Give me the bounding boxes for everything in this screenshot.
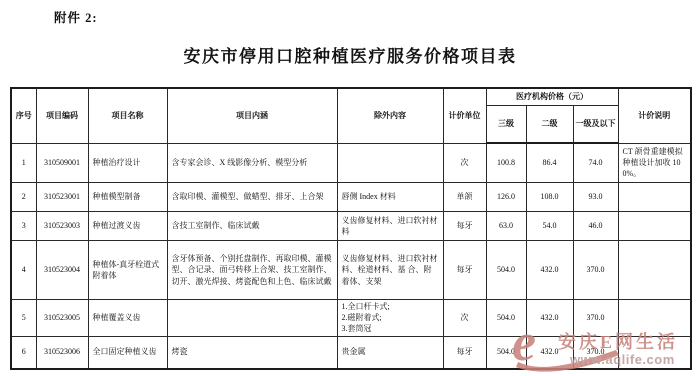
cell-seq: 3 — [11, 212, 36, 241]
cell-price-tier2: 108.0 — [526, 183, 573, 212]
cell-price-tier2: 432.0 — [526, 336, 573, 369]
col-header-unit: 计价单位 — [443, 88, 486, 143]
cell-price-tier3: 100.8 — [486, 143, 526, 183]
cell-price-tier3: 504.0 — [486, 336, 526, 369]
cell-code: 310509001 — [36, 143, 88, 183]
document-page: 附件 2: 安庆市停用口腔种植医疗服务价格项目表 序号 项目编码 项目名称 项目… — [0, 0, 700, 376]
cell-content: 含取印模、灌模型、做蜡型、排牙、上合架 — [167, 183, 337, 212]
cell-note: CT 颌骨重建模拟种植设计加收 100%。 — [618, 143, 691, 183]
cell-name: 种植模型制备 — [88, 183, 167, 212]
cell-price-tier2: 86.4 — [526, 143, 573, 183]
cell-exclusion — [337, 143, 443, 183]
cell-name: 种植过渡义齿 — [88, 212, 167, 241]
cell-price-tier3: 504.0 — [486, 241, 526, 300]
cell-unit: 每牙 — [443, 212, 486, 241]
cell-price-tier1: 74.0 — [573, 143, 618, 183]
cell-note — [618, 212, 691, 241]
cell-unit: 每牙 — [443, 336, 486, 369]
cell-price-tier2: 432.0 — [526, 241, 573, 300]
cell-code: 310523006 — [36, 336, 88, 369]
table-row: 6 310523006 全口固定种植义齿 烤瓷 贵金属 每牙 504.0 432… — [11, 336, 691, 369]
table-row: 3 310523003 种植过渡义齿 含技工室制作、临床试戴 义齿修复材料、进口… — [11, 212, 691, 241]
cell-note — [618, 300, 691, 337]
cell-price-tier1: 93.0 — [573, 183, 618, 212]
cell-note — [618, 241, 691, 300]
cell-price-tier1: 370.0 — [573, 336, 618, 369]
cell-content: 烤瓷 — [167, 336, 337, 369]
cell-content: 含技工室制作、临床试戴 — [167, 212, 337, 241]
cell-exclusion: 贵金属 — [337, 336, 443, 369]
cell-unit: 每牙 — [443, 241, 486, 300]
cell-exclusion: 1.全口杆卡式; 2.磁附着式; 3.套筒冠 — [337, 300, 443, 337]
col-header-note: 计价说明 — [618, 88, 691, 143]
table-row: 1 310509001 种植治疗设计 含专家会诊、X 线影像分析、模型分析 次 … — [11, 143, 691, 183]
cell-note — [618, 336, 691, 369]
table-header-row: 序号 项目编码 项目名称 项目内涵 除外内容 计价单位 医疗机构价格（元） 计价… — [11, 88, 691, 106]
col-header-tier3: 三级 — [486, 106, 526, 144]
cell-name: 全口固定种植义齿 — [88, 336, 167, 369]
col-header-content: 项目内涵 — [167, 88, 337, 143]
col-header-exclusion: 除外内容 — [337, 88, 443, 143]
cell-price-tier2: 432.0 — [526, 300, 573, 337]
cell-seq: 2 — [11, 183, 36, 212]
col-header-name: 项目名称 — [88, 88, 167, 143]
cell-code: 310523001 — [36, 183, 88, 212]
cell-exclusion: 义齿修复材料、进口软衬材料、栓道材料、基 合、附着体、支架 — [337, 241, 443, 300]
cell-name: 种植体-真牙栓道式附着体 — [88, 241, 167, 300]
col-header-tier1: 一级及以下 — [573, 106, 618, 144]
cell-name: 种植治疗设计 — [88, 143, 167, 183]
cell-note — [618, 183, 691, 212]
table-row: 5 310523005 种植覆盖义齿 1.全口杆卡式; 2.磁附着式; 3.套筒… — [11, 300, 691, 337]
attachment-label: 附件 2: — [54, 8, 98, 26]
cell-unit: 次 — [443, 300, 486, 337]
cell-unit: 单颌 — [443, 183, 486, 212]
cell-code: 310523005 — [36, 300, 88, 337]
table-row: 4 310523004 种植体-真牙栓道式附着体 含牙体预备、个别托盘制作、再取… — [11, 241, 691, 300]
cell-name: 种植覆盖义齿 — [88, 300, 167, 337]
cell-content: 含牙体预备、个别托盘制作、再取印模、灌模型、合记录、面弓转移上合架、技工室制作、… — [167, 241, 337, 300]
cell-seq: 6 — [11, 336, 36, 369]
col-header-tier2: 二级 — [526, 106, 573, 144]
cell-seq: 5 — [11, 300, 36, 337]
cell-price-tier1: 46.0 — [573, 212, 618, 241]
cell-exclusion: 唇侧 Index 材料 — [337, 183, 443, 212]
cell-price-tier3: 63.0 — [486, 212, 526, 241]
cell-price-tier3: 126.0 — [486, 183, 526, 212]
cell-seq: 1 — [11, 143, 36, 183]
cell-unit: 次 — [443, 143, 486, 183]
cell-code: 310523004 — [36, 241, 88, 300]
col-header-code: 项目编码 — [36, 88, 88, 143]
cell-price-tier3: 504.0 — [486, 300, 526, 337]
col-header-price-group: 医疗机构价格（元） — [486, 88, 618, 106]
cell-seq: 4 — [11, 241, 36, 300]
cell-content: 含专家会诊、X 线影像分析、模型分析 — [167, 143, 337, 183]
price-table: 序号 项目编码 项目名称 项目内涵 除外内容 计价单位 医疗机构价格（元） 计价… — [10, 87, 692, 370]
cell-price-tier2: 54.0 — [526, 212, 573, 241]
cell-exclusion: 义齿修复材料、进口软衬材料 — [337, 212, 443, 241]
cell-content — [167, 300, 337, 337]
col-header-seq: 序号 — [11, 88, 36, 143]
table-row: 2 310523001 种植模型制备 含取印模、灌模型、做蜡型、排牙、上合架 唇… — [11, 183, 691, 212]
cell-code: 310523003 — [36, 212, 88, 241]
cell-price-tier1: 370.0 — [573, 300, 618, 337]
cell-price-tier1: 370.0 — [573, 241, 618, 300]
page-title: 安庆市停用口腔种植医疗服务价格项目表 — [0, 42, 700, 67]
